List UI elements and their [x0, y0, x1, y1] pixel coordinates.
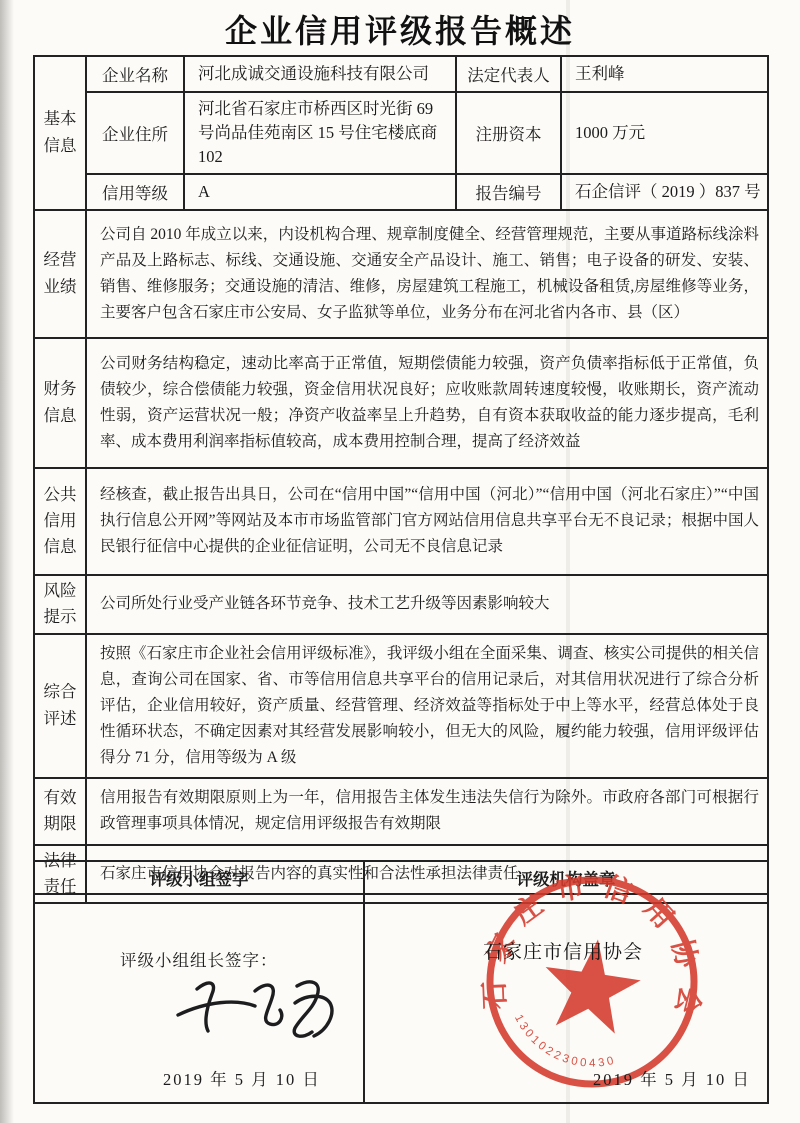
signoff-header-agency-seal: 评级机构盖章	[364, 861, 768, 894]
field-label-registered-capital: 注册资本	[456, 92, 561, 174]
table-row: 财务信息 公司财务结构稳定，速动比率高于正常值，短期偿债能力较强，资产负债率指标…	[34, 338, 768, 468]
field-label-credit-grade: 信用等级	[86, 174, 184, 210]
section-label-business-performance: 经营业绩	[34, 210, 86, 338]
table-row: 信用等级 A 报告编号 石企信评（ 2019 ）837 号	[34, 174, 768, 210]
page-title: 企业信用评级报告概述	[0, 6, 800, 52]
agency-seal-date: 2019 年 5 月 10 日	[593, 1066, 751, 1090]
section-label-public-credit-info: 公共信用信息	[34, 468, 86, 575]
agency-name-text: 石家庄市信用协会	[483, 937, 643, 964]
field-value-company-address: 河北省石家庄市桥西区时光街 69 号尚品佳苑南区 15 号住宅楼底商 102	[184, 92, 456, 174]
handwritten-signature	[175, 973, 355, 1051]
table-row: 基本信息 企业名称 河北成诚交通设施科技有限公司 法定代表人 王利峰	[34, 56, 768, 92]
section-label-basic-info: 基本信息	[34, 56, 86, 210]
table-row: 经营业绩 公司自 2010 年成立以来，内设机构合理、规章制度健全、经营管理规范…	[34, 210, 768, 338]
signoff-table: 评级小组签字 评级机构盖章 评级小组组长签字： 2	[33, 860, 769, 1104]
section-text-financial-info: 公司财务结构稳定，速动比率高于正常值，短期偿债能力较强，资产负债率指标低于正常值…	[86, 338, 768, 468]
table-row: 企业住所 河北省石家庄市桥西区时光街 69 号尚品佳苑南区 15 号住宅楼底商 …	[34, 92, 768, 174]
field-value-registered-capital: 1000 万元	[561, 92, 768, 174]
table-row: 综合评述 按照《石家庄市企业社会信用评级标准》，我评级小组在全面采集、调查、核实…	[34, 634, 768, 778]
team-signature-date: 2019 年 5 月 10 日	[163, 1066, 321, 1090]
section-text-validity-period: 信用报告有效期限原则上为一年，信用报告主体发生违法失信行为除外。市政府各部门可根…	[86, 778, 768, 845]
field-label-company-address: 企业住所	[86, 92, 184, 174]
field-value-credit-grade: A	[184, 174, 456, 210]
section-label-risk-notice: 风险提示	[34, 575, 86, 634]
section-label-financial-info: 财务信息	[34, 338, 86, 468]
field-value-company-name: 河北成诚交通设施科技有限公司	[184, 56, 456, 92]
section-label-validity-period: 有效期限	[34, 778, 86, 845]
scan-left-edge-shadow	[0, 0, 14, 1123]
table-row: 评级小组签字 评级机构盖章	[34, 861, 768, 894]
field-label-report-number: 报告编号	[456, 174, 561, 210]
team-leader-signature-label: 评级小组组长签字：	[120, 947, 278, 971]
table-row: 评级小组组长签字： 2019 年 5 月 10 日	[34, 894, 768, 1103]
signoff-cell-agency: 石家庄市信用协会 1301022300430 石家庄市信用协会 2019 年 5…	[364, 894, 768, 1103]
signoff-header-team-signature: 评级小组签字	[34, 861, 364, 894]
section-text-public-credit-info: 经核查，截止报告出具日，公司在“信用中国”“信用中国（河北）”“信用中国（河北石…	[86, 468, 768, 575]
credit-rating-report-page: 企业信用评级报告概述 基本信息 企业名称 河北成诚交通设施科技有限公司 法定代表…	[0, 0, 800, 1123]
section-text-risk-notice: 公司所处行业受产业链各环节竞争、技术工艺升级等因素影响较大	[86, 575, 768, 634]
seal-code-text: 1301022300430	[506, 1011, 623, 1074]
svg-text:1301022300430: 1301022300430	[506, 1011, 623, 1074]
section-label-overall-review: 综合评述	[34, 634, 86, 778]
field-value-legal-representative: 王利峰	[561, 56, 768, 92]
signoff-cell-team: 评级小组组长签字： 2019 年 5 月 10 日	[34, 894, 364, 1103]
field-label-company-name: 企业名称	[86, 56, 184, 92]
section-text-business-performance: 公司自 2010 年成立以来，内设机构合理、规章制度健全、经营管理规范，主要从事…	[86, 210, 768, 338]
field-value-report-number: 石企信评（ 2019 ）837 号	[561, 174, 768, 210]
seal-ring	[477, 867, 707, 1097]
field-label-legal-representative: 法定代表人	[456, 56, 561, 92]
table-row: 有效期限 信用报告有效期限原则上为一年，信用报告主体发生违法失信行为除外。市政府…	[34, 778, 768, 845]
table-row: 公共信用信息 经核查，截止报告出具日，公司在“信用中国”“信用中国（河北）”“信…	[34, 468, 768, 575]
report-table: 基本信息 企业名称 河北成诚交通设施科技有限公司 法定代表人 王利峰 企业住所 …	[33, 55, 769, 904]
section-text-overall-review: 按照《石家庄市企业社会信用评级标准》，我评级小组在全面采集、调查、核实公司提供的…	[86, 634, 768, 778]
table-row: 风险提示 公司所处行业受产业链各环节竞争、技术工艺升级等因素影响较大	[34, 575, 768, 634]
